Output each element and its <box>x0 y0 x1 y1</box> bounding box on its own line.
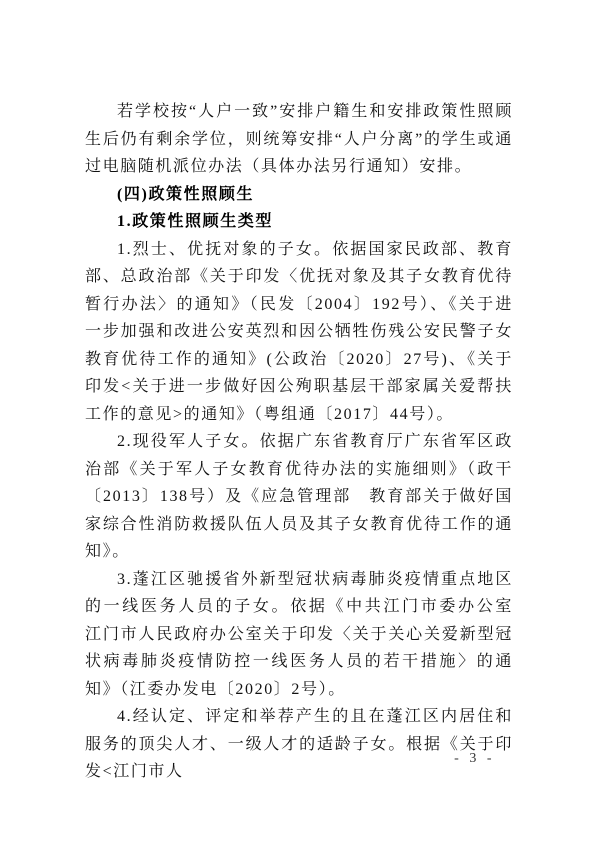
paragraph-remaining-seats-policy: 若学校按“人户一致”安排户籍生和安排政策性照顾生后仍有剩余学位，则统筹安排“人户… <box>85 98 513 181</box>
section-heading-policy-care-students: (四)政策性照顾生 <box>85 181 513 209</box>
document-body: 若学校按“人户一致”安排户籍生和安排政策性照顾生后仍有剩余学位，则统筹安排“人户… <box>85 98 513 786</box>
subsection-heading-policy-care-types: 1.政策性照顾生类型 <box>85 208 513 236</box>
paragraph-item1-martyrs-children: 1.烈士、优抚对象的子女。依据国家民政部、教育部、总政治部《关于印发〈优抚对象及… <box>85 236 513 429</box>
paragraph-item4-talent-children: 4.经认定、评定和举荐产生的且在蓬江区内居住和服务的顶尖人才、一级人才的适龄子女… <box>85 703 513 786</box>
paragraph-item2-military-children: 2.现役军人子女。依据广东省教育厅广东省军区政治部《关于军人子女教育优待办法的实… <box>85 428 513 566</box>
page-number: - 3 - <box>454 750 495 768</box>
document-page: 若学校按“人户一致”安排户籍生和安排政策性照顾生后仍有剩余学位，则统筹安排“人户… <box>0 0 595 842</box>
paragraph-item3-medical-staff-children: 3.蓬江区驰援省外新型冠状病毒肺炎疫情重点地区的一线医务人员的子女。依据《中共江… <box>85 566 513 704</box>
